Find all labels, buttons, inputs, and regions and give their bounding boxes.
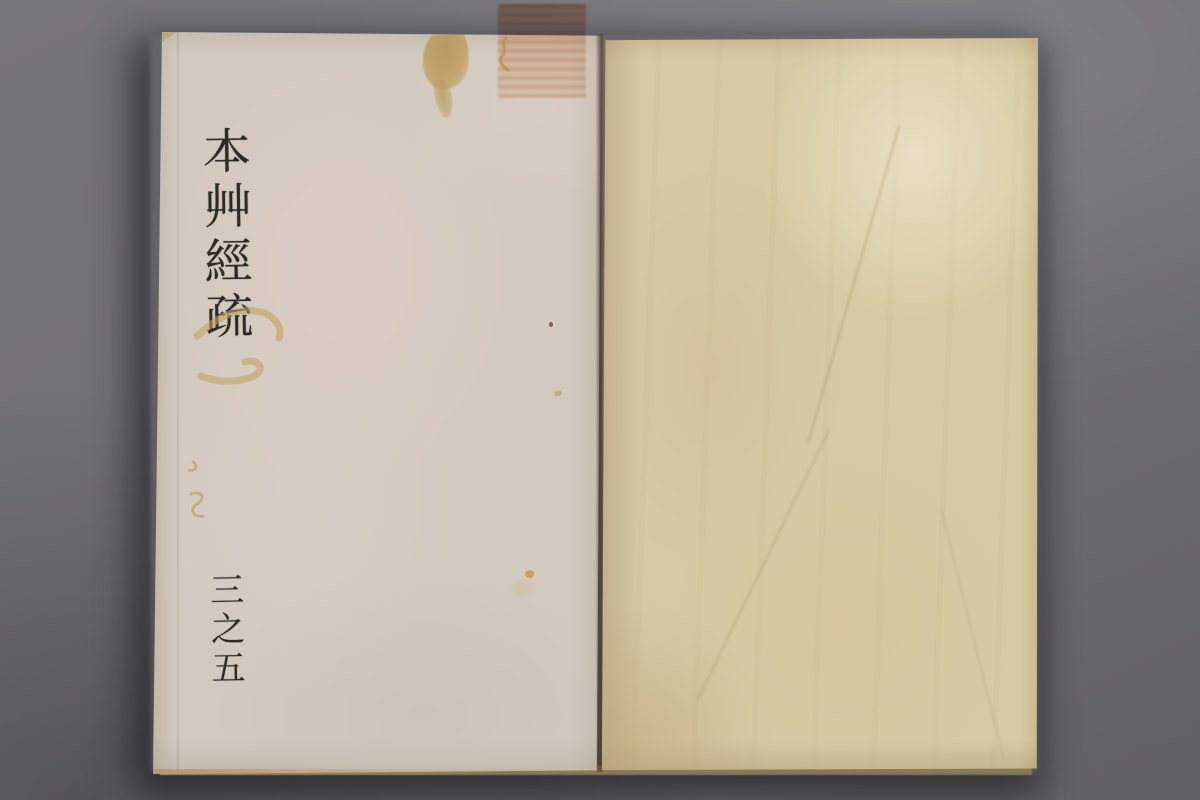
small-foxing-marks	[179, 454, 219, 530]
seal-edge-squiggle	[494, 34, 514, 74]
paper-crease	[940, 508, 1005, 761]
blank-right-page	[602, 38, 1038, 770]
tan-speck	[553, 390, 562, 397]
paper-crease	[697, 430, 830, 701]
tan-smudge-over-title	[183, 288, 303, 398]
cover-fold-line	[177, 32, 179, 774]
faint-blotch	[513, 582, 531, 595]
photograph-background: 本艸經疏 三之五	[0, 0, 1200, 800]
paper-crease	[807, 126, 900, 444]
dark-speck	[549, 322, 553, 327]
volume-number-calligraphy: 三之五	[204, 572, 243, 690]
book-front-cover: 本艸經疏 三之五	[153, 32, 601, 774]
mustard-speck	[524, 568, 536, 579]
